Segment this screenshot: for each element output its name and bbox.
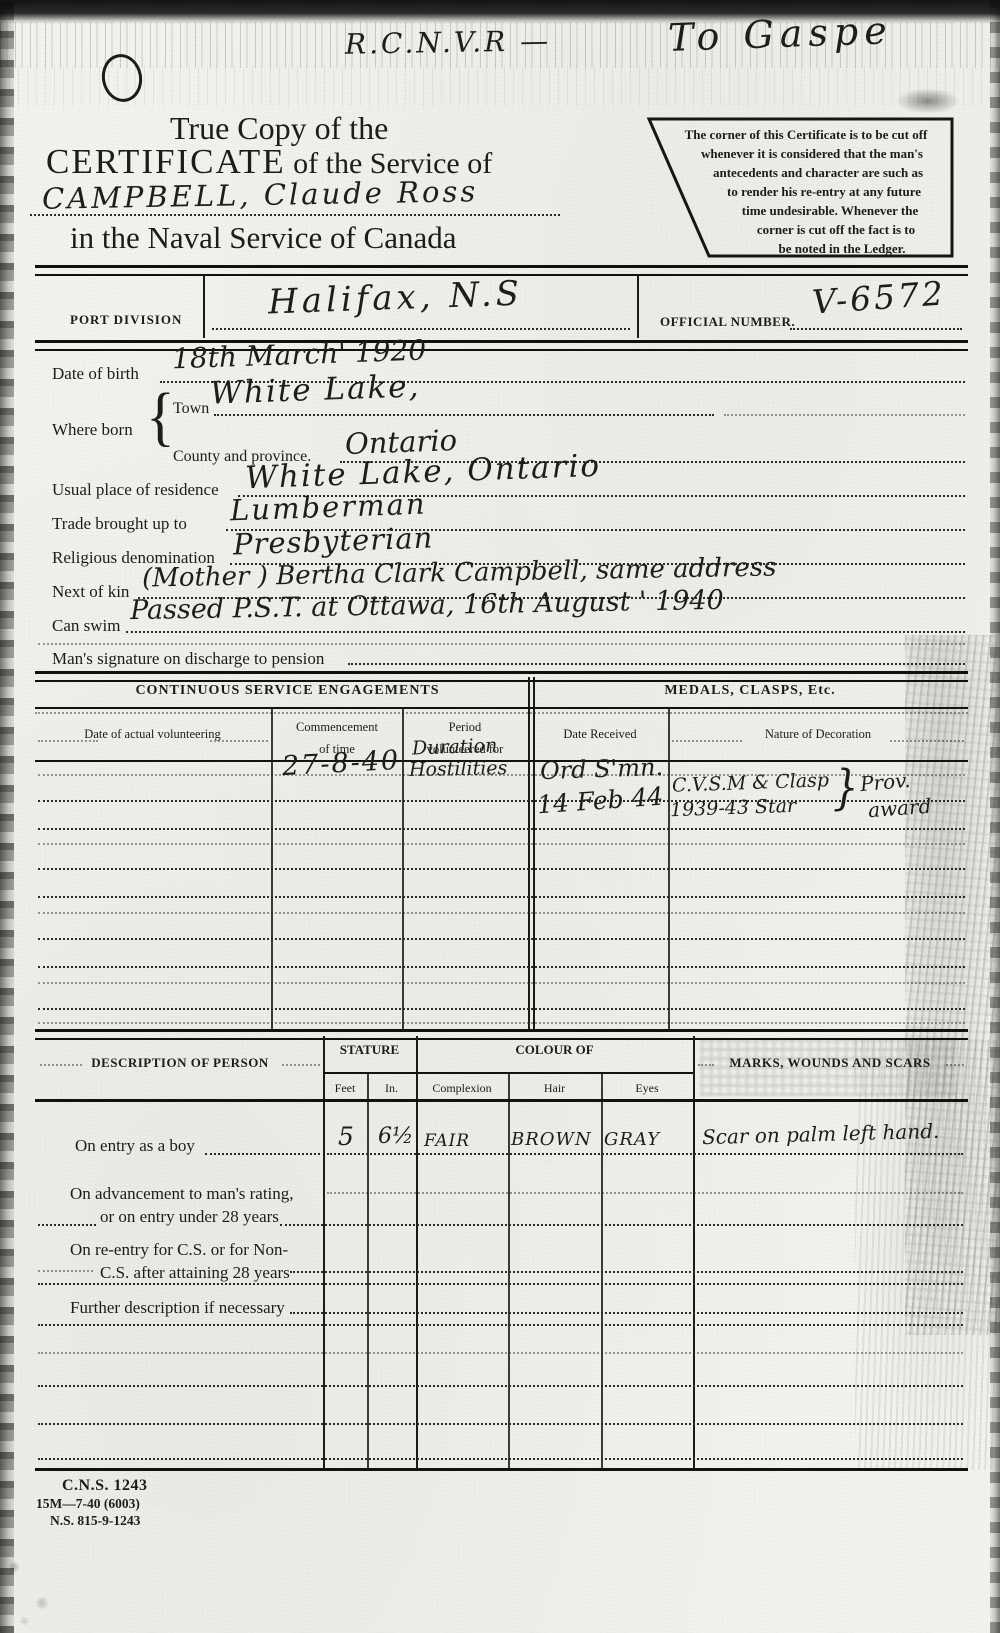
subheader-in: In.	[367, 1081, 416, 1096]
entry-decoration-l1: C.V.S.M & Clasp	[672, 769, 830, 796]
entry-commencement: 27-8-40	[281, 745, 401, 782]
row-further-dotted-line	[38, 1324, 963, 1326]
row-advancement-label-l2: or on entry under 28 years	[100, 1207, 279, 1227]
service-row-dots	[38, 1008, 965, 1010]
handwritten-name: CAMPBELL, Claude Ross	[42, 174, 479, 216]
can-swim-dotted-line	[126, 631, 965, 633]
town-label: Town	[173, 400, 209, 418]
service-row-dots	[38, 982, 965, 984]
handwritten-unit-annotation: R.C.N.V.R —	[345, 24, 552, 61]
value-inches: 6½	[378, 1124, 413, 1149]
empty-row-dots	[38, 1385, 963, 1387]
service-table-center-line-b	[533, 677, 535, 1030]
col-header-commencement-l1: Commencement	[296, 720, 378, 734]
subheader-hair: Hair	[508, 1081, 601, 1096]
handwritten-destination-annotation: To Gaspe	[667, 8, 893, 60]
row-advancement-label-l1: On advancement to man's rating,	[70, 1184, 294, 1204]
row-reentry-dotted-line	[290, 1271, 963, 1273]
can-swim-secondary-dotted-line	[38, 643, 965, 645]
port-division-label: PORT DIVISION	[70, 312, 182, 328]
where-born-brace: {	[146, 379, 175, 455]
port-division-divider-right	[637, 274, 639, 338]
value-marks: Scar on palm left hand.	[702, 1119, 940, 1149]
footer-form-number: C.N.S. 1243	[62, 1477, 148, 1495]
row-reentry-label-l2: C.S. after attaining 28 years	[100, 1263, 290, 1283]
marks-header-leader	[946, 1064, 964, 1066]
port-division-divider-left	[203, 274, 205, 338]
description-header-leader	[40, 1064, 82, 1066]
town-value: White Lake,	[209, 368, 421, 411]
religion-value: Presbyterian	[232, 521, 433, 562]
scan-noise-right-cloud-lower	[855, 1040, 997, 1470]
description-header-leader	[282, 1064, 320, 1066]
footer-print-code: 15M—7-40 (6003)	[36, 1496, 140, 1512]
title-certificate-word: CERTIFICATE	[46, 142, 286, 181]
description-subheader-bottom-rule	[35, 1099, 968, 1102]
signature-label: Man's signature on discharge to pension	[52, 649, 324, 669]
row-advancement-dotted-line	[280, 1224, 963, 1226]
row-further-description-label: Further description if necessary	[70, 1298, 285, 1318]
corner-notice-line: antecedents and character are such as	[692, 165, 944, 181]
stature-header: STATURE	[323, 1042, 416, 1058]
description-table-top-rule	[35, 1029, 968, 1040]
description-table-bottom-rule	[35, 1468, 968, 1471]
value-eyes: GRAY	[604, 1129, 660, 1150]
colour-of-header: COLOUR OF	[416, 1042, 693, 1058]
service-row-dots	[38, 966, 965, 968]
port-division-dotted-line	[212, 328, 630, 330]
service-row-dots	[38, 868, 965, 870]
service-table-center-line-a	[528, 677, 530, 1030]
port-division-value: Halifax, N.S	[267, 274, 523, 323]
town-dotted-line-extension	[724, 414, 965, 416]
row-further-leader-dots	[290, 1312, 963, 1314]
subheader-complexion: Complexion	[416, 1081, 508, 1096]
row-advancement-faint-dots	[327, 1192, 963, 1194]
marks-wounds-scars-header: MARKS, WOUNDS AND SCARS	[698, 1055, 962, 1071]
marks-header-leader	[698, 1064, 714, 1066]
row-entry-dotted-line	[327, 1153, 963, 1155]
empty-row-dots	[38, 1352, 963, 1354]
scan-noise-right-edge	[990, 0, 1000, 1633]
corner-notice-line: corner is cut off the fact is to	[728, 222, 944, 238]
entry-decoration-brace: }	[833, 760, 858, 815]
certificate-page: R.C.N.V.R — To Gaspe True Copy of the CE…	[0, 0, 1000, 1633]
corner-notice-line: The corner of this Certificate is to be …	[668, 127, 944, 143]
footer-ns-code: N.S. 815-9-1243	[50, 1513, 140, 1529]
name-underline	[30, 214, 560, 216]
row-advancement-leader-dots	[38, 1224, 96, 1226]
town-dotted-line	[214, 414, 714, 416]
empty-row-dots	[38, 1423, 963, 1425]
entry-received-l2: 14 Feb 44	[536, 782, 664, 820]
official-number-dotted-line	[790, 328, 962, 330]
empty-row-dots	[38, 1458, 963, 1460]
service-row-dots	[38, 896, 965, 898]
scan-noise-top-streaks-fade	[0, 66, 1000, 106]
col-header-date-received: Date Received	[536, 727, 664, 742]
entry-received-l1: Ord S'mn.	[540, 753, 664, 785]
medals-clasps-title: MEDALS, CLASPS, Etc.	[600, 683, 900, 699]
row-entry-as-boy-label: On entry as a boy	[75, 1136, 195, 1156]
col-header-leader-dots	[672, 740, 742, 742]
corner-notice-line: to render his re-entry at any future	[704, 184, 944, 200]
residence-label: Usual place of residence	[52, 480, 219, 500]
col-header-leader-dots	[210, 740, 268, 742]
value-feet: 5	[338, 1122, 354, 1151]
service-row-dots	[38, 843, 965, 845]
subheader-feet: Feet	[323, 1081, 367, 1096]
row-reentry-label-l1: On re-entry for C.S. or for Non-	[70, 1240, 288, 1260]
title-line3: in the Naval Service of Canada	[70, 220, 457, 256]
col-header-period-l1: Period	[449, 720, 482, 734]
entry-note-l2: award	[867, 794, 932, 822]
hole-punch-mark	[98, 51, 146, 105]
col-header-leader-dots	[890, 740, 964, 742]
service-row-dots	[38, 938, 965, 940]
can-swim-label: Can swim	[52, 616, 120, 636]
corner-notice-line: be noted in the Ledger.	[740, 241, 944, 257]
entry-note-l1: Prov.	[859, 768, 911, 796]
official-number-value: V-6572	[811, 273, 947, 321]
continuous-service-title: CONTINUOUS SERVICE ENGAGEMENTS	[90, 683, 485, 699]
service-row-dots	[38, 800, 965, 802]
value-hair: BROWN	[511, 1129, 592, 1150]
official-number-label: OFFICIAL NUMBER.	[660, 314, 795, 330]
corner-notice-line: whenever it is considered that the man's	[680, 146, 944, 162]
row-entry-leader-dots	[205, 1153, 320, 1155]
corner-notice-line: time undesirable. Whenever the	[716, 203, 944, 219]
entry-period-l2: Hostilities	[409, 757, 508, 781]
value-complexion: FAIR	[424, 1131, 470, 1151]
description-of-person-header: DESCRIPTION OF PERSON	[60, 1055, 300, 1071]
trade-label: Trade brought up to	[52, 514, 187, 534]
bottom-left-spots	[0, 1540, 70, 1630]
next-of-kin-label: Next of kin	[52, 582, 129, 602]
date-of-birth-label: Date of birth	[52, 364, 139, 384]
signature-dotted-line	[348, 663, 965, 665]
entry-period-l1: Duration	[412, 735, 498, 760]
service-table-title-underline-dots	[35, 712, 968, 714]
service-table-title-underline	[35, 707, 968, 709]
scan-noise-left-edge	[0, 0, 14, 1633]
col-header-leader-dots	[38, 740, 98, 742]
row-reentry-leader-dots	[38, 1270, 93, 1272]
where-born-label: Where born	[52, 420, 133, 440]
service-row-dots	[38, 828, 965, 830]
row-reentry-dotted-line-2	[38, 1283, 963, 1285]
service-row-dots	[38, 1022, 965, 1024]
service-table-top-rule	[35, 671, 968, 682]
entry-decoration-l2: 1939-43 Star	[670, 795, 797, 821]
service-row-dots	[38, 912, 965, 914]
stature-colour-underline	[323, 1072, 693, 1074]
subheader-eyes: Eyes	[601, 1081, 693, 1096]
